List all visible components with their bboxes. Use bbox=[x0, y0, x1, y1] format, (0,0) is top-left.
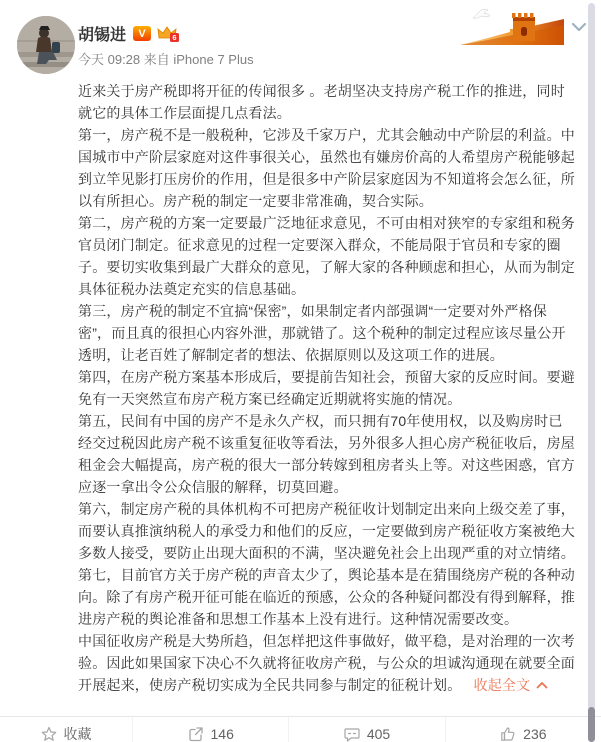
star-icon bbox=[41, 726, 57, 742]
favorite-label: 收藏 bbox=[64, 724, 92, 742]
comment-button[interactable]: 405 bbox=[289, 717, 445, 742]
like-button[interactable]: 236 bbox=[446, 717, 601, 742]
post-paragraph: 第六，制定房产税的具体机构不可把房产税征收计划制定出来向上级交差了事，而要认真推… bbox=[78, 498, 575, 564]
post-paragraph: 第七，目前官方关于房产税的声音太少了，舆论基本是在猜围绕房产税的各种动向。除了有… bbox=[78, 564, 575, 630]
post-paragraph: 近来关于房产税即将开征的传闻很多 。老胡坚决支持房产税工作的推进，同时就它的具体… bbox=[78, 80, 575, 124]
repost-count: 146 bbox=[211, 726, 234, 742]
post-paragraph: 第三，房产税的制定不宜搞“保密”，如果制定者内部强调“一定要对外严格保密”，而且… bbox=[78, 300, 575, 366]
avatar[interactable] bbox=[17, 16, 75, 74]
vip-crown-icon: 6 bbox=[157, 26, 181, 42]
scrollbar-thumb[interactable] bbox=[588, 707, 595, 742]
thumbs-up-icon bbox=[500, 726, 516, 742]
verified-v-icon: V bbox=[133, 26, 151, 41]
comment-icon bbox=[344, 726, 360, 742]
weibo-post-card: 胡锡进 V 6 今天 09:28 来自 iPhone 7 Plus bbox=[0, 0, 601, 742]
collapse-post-link[interactable]: 收起全文 bbox=[474, 677, 549, 693]
avatar-image bbox=[17, 16, 75, 74]
post-paragraph: 中国征收房产税是大势所趋，但怎样把这件事做好，做平稳，是对治理的一次考验。因此如… bbox=[78, 630, 575, 696]
favorite-button[interactable]: 收藏 bbox=[0, 717, 133, 742]
post-header: 胡锡进 V 6 今天 09:28 来自 iPhone 7 Plus bbox=[0, 0, 601, 78]
repost-icon bbox=[188, 726, 204, 742]
repost-button[interactable]: 146 bbox=[133, 717, 289, 742]
post-text: 近来关于房产税即将开征的传闻很多 。老胡坚决支持房产税工作的推进，同时就它的具体… bbox=[78, 80, 575, 696]
chevron-up-icon bbox=[536, 681, 548, 689]
post-paragraph: 第一，房产税不是一般税种，它涉及千家万户，尤其会触动中产阶层的利益。中国城市中产… bbox=[78, 124, 575, 212]
author-name[interactable]: 胡锡进 bbox=[78, 22, 126, 45]
post-paragraph: 第五，民间有中国的房产不是永久产权，而只拥有70年使用权，以及购房时已经交过税因… bbox=[78, 410, 575, 498]
chevron-down-icon[interactable] bbox=[571, 22, 587, 32]
post-paragraph: 第四，在房产税方案基本形成后，要提前告知社会，预留大家的反应时间。要避免有一天突… bbox=[78, 366, 575, 410]
comment-count: 405 bbox=[367, 726, 390, 742]
scrollbar-track bbox=[588, 3, 595, 742]
post-time-source[interactable]: 今天 09:28 来自 iPhone 7 Plus bbox=[78, 49, 254, 68]
great-wall-decoration bbox=[458, 5, 566, 49]
post-paragraph: 第二，房产税的方案一定要最广泛地征求意见，不可由相对狭窄的专家组和税务官员闭门制… bbox=[78, 212, 575, 300]
like-count: 236 bbox=[523, 726, 546, 742]
footer-toolbar: 收藏 146 405 bbox=[0, 716, 601, 742]
svg-text:6: 6 bbox=[172, 33, 176, 42]
